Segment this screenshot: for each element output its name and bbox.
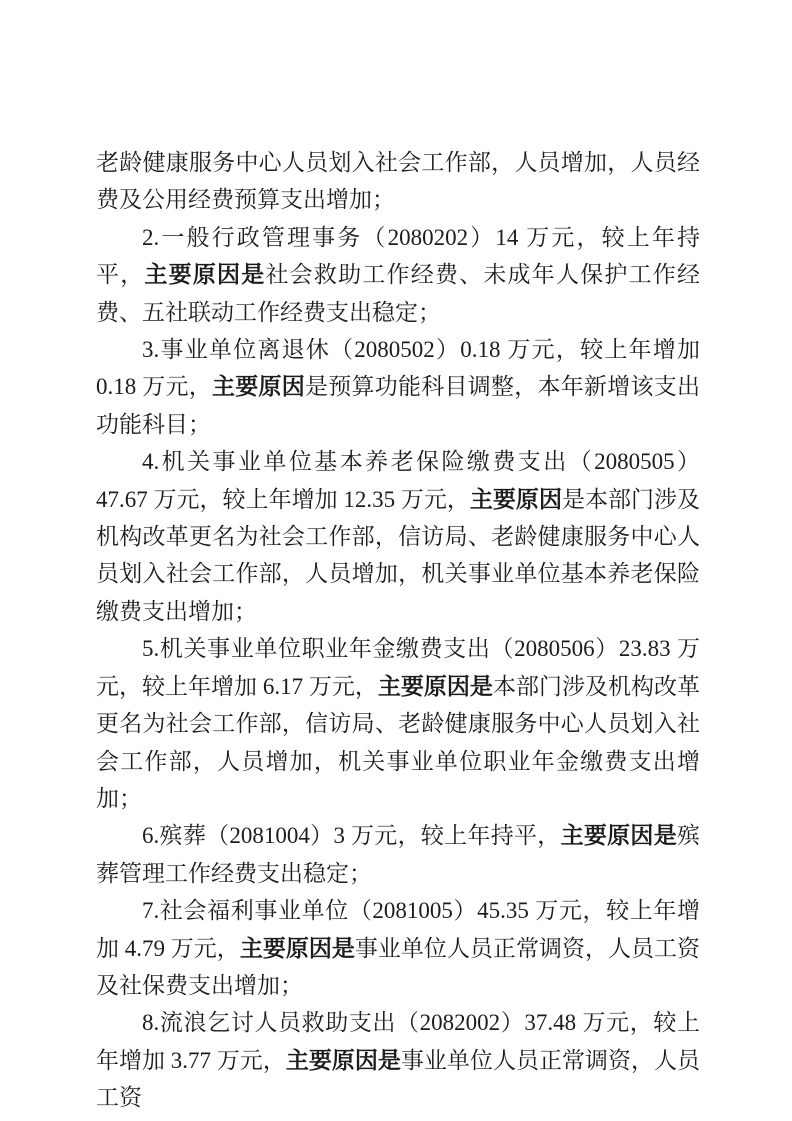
text-segment-emphasis: 主要原因是 (144, 262, 265, 287)
document-text-block: 老龄健康服务中心人员划入社会工作部，人员增加，人员经费及公用经费预算支出增加；2… (96, 144, 700, 1117)
text-segment-emphasis: 主要原因是 (286, 1048, 401, 1073)
text-segment-emphasis: 主要原因是 (378, 674, 493, 699)
paragraph-item-3: 3.事业单位离退休（2080502）0.18 万元，较上年增加 0.18 万元，… (96, 331, 700, 443)
text-segment: 老龄健康服务中心人员划入社会工作部，人员增加，人员经费及公用经费预算支出增加； (96, 150, 700, 212)
paragraph-item-4: 4.机关事业单位基本养老保险缴费支出（2080505）47.67 万元，较上年增… (96, 443, 700, 630)
text-segment-emphasis: 主要原因是 (240, 936, 355, 961)
text-segment: 6.殡葬（2081004）3 万元，较上年持平， (142, 823, 561, 848)
paragraph-item-8: 8.流浪乞讨人员救助支出（2082002）37.48 万元，较上年增加 3.77… (96, 1004, 700, 1116)
paragraph-item-2: 2.一般行政管理事务（2080202）14 万元，较上年持平，主要原因是社会救助… (96, 219, 700, 331)
text-segment-emphasis: 主要原因是 (561, 823, 677, 848)
document-page: 老龄健康服务中心人员划入社会工作部，人员增加，人员经费及公用经费预算支出增加；2… (0, 0, 792, 1121)
text-segment-emphasis: 主要原因 (470, 487, 562, 512)
paragraph-item-7: 7.社会福利事业单位（2081005）45.35 万元，较上年增加 4.79 万… (96, 892, 700, 1004)
text-segment-emphasis: 主要原因 (212, 374, 305, 399)
paragraph-item-5: 5.机关事业单位职业年金缴费支出（2080506）23.83 万元，较上年增加 … (96, 630, 700, 817)
paragraph-continuation: 老龄健康服务中心人员划入社会工作部，人员增加，人员经费及公用经费预算支出增加； (96, 144, 700, 219)
paragraph-item-6: 6.殡葬（2081004）3 万元，较上年持平，主要原因是殡葬管理工作经费支出稳… (96, 817, 700, 892)
